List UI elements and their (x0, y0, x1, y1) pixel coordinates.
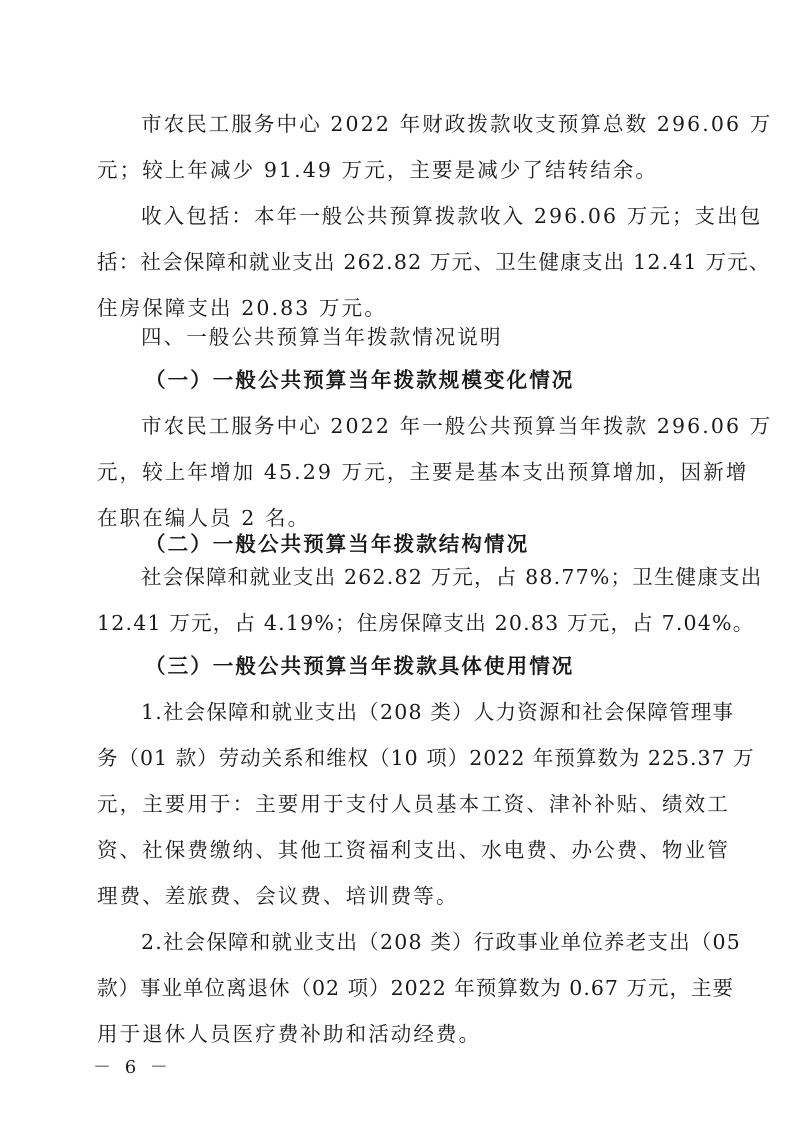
paragraph-line: 括：社会保障和就业支出 262.82 万元、卫生健康支出 12.41 万元、 (97, 248, 771, 276)
subsection-heading: （三）一般公共预算当年拨款具体使用情况 (145, 652, 574, 680)
paragraph-line: 市农民工服务中心 2022 年财政拨款收支预算总数 296.06 万 (141, 110, 772, 138)
paragraph-line: 住房保障支出 20.83 万元。 (97, 294, 387, 322)
paragraph-line: 1.社会保障和就业支出（208 类）人力资源和社会保障管理事 (141, 698, 734, 726)
section-heading: 四、一般公共预算当年拨款情况说明 (141, 323, 503, 351)
paragraph-line: 2.社会保障和就业支出（208 类）行政事业单位养老支出（05 (141, 928, 741, 956)
paragraph-line: 社会保障和就业支出 262.82 万元，占 88.77%；卫生健康支出 (141, 563, 762, 591)
paragraph-line: 款）事业单位离退休（02 项）2022 年预算数为 0.67 万元，主要 (97, 974, 734, 1002)
paragraph-line: 在职在编人员 2 名。 (97, 504, 310, 532)
subsection-heading: （一）一般公共预算当年拨款规模变化情况 (145, 366, 574, 394)
paragraph-line: 元，主要用于：主要用于支付人员基本工资、津补补贴、绩效工 (97, 790, 730, 818)
paragraph-line: 理费、差旅费、会议费、培训费等。 (97, 882, 459, 910)
paragraph-line: 元，较上年增加 45.29 万元，主要是基本支出预算增加，因新增 (97, 458, 748, 486)
paragraph-line: 资、社保费缴纳、其他工资福利支出、水电费、办公费、物业管 (97, 836, 730, 864)
page-number: － 6 － (93, 1053, 172, 1079)
subsection-heading: （二）一般公共预算当年拨款结构情况 (145, 530, 529, 558)
paragraph-line: 务（01 款）劳动关系和维权（10 项）2022 年预算数为 225.37 万 (97, 744, 755, 772)
paragraph-line: 收入包括：本年一般公共预算拨款收入 296.06 万元；支出包 (141, 202, 762, 230)
paragraph-line: 元；较上年减少 91.49 万元，主要是减少了结转结余。 (97, 156, 658, 184)
paragraph-line: 市农民工服务中心 2022 年一般公共预算当年拨款 296.06 万 (141, 412, 772, 440)
paragraph-line: 12.41 万元，占 4.19%；住房保障支出 20.83 万元，占 7.04%… (97, 609, 754, 637)
paragraph-line: 用于退休人员医疗费补助和活动经费。 (97, 1020, 481, 1048)
